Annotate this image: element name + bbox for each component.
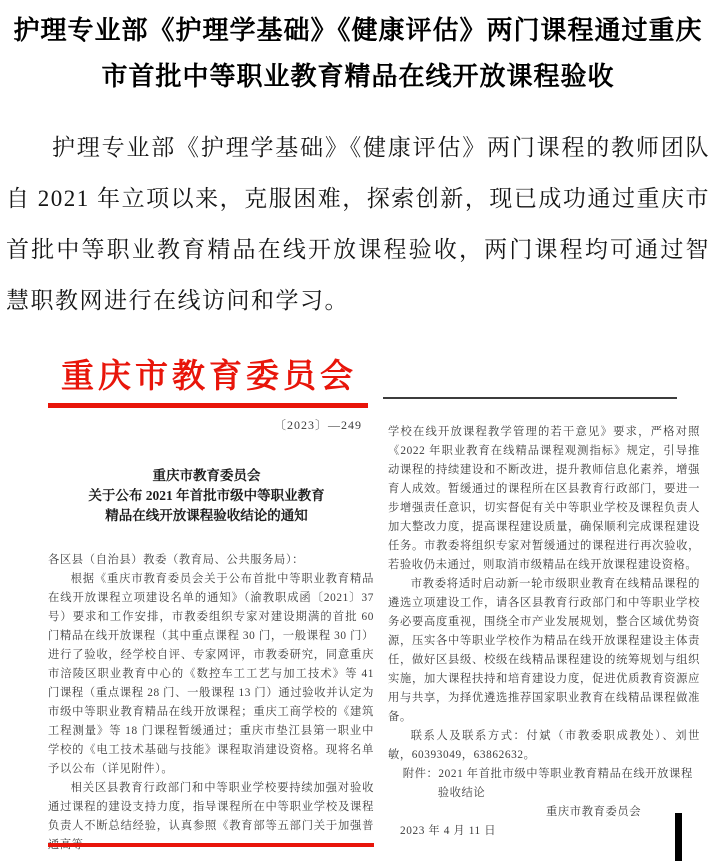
right-page-top-edge-line (383, 397, 677, 399)
right-paragraph-2: 市教委将适时启动新一轮市级职业教育在线精品课程的遴选立项建设工作，请各区县教育行… (388, 575, 700, 727)
left-paragraph-1: 根据《重庆市教育委员会关于公布首批中等职业教育精品在线开放课程立项建设名单的通知… (48, 570, 374, 779)
scan-edge-artifact-bar (675, 813, 682, 861)
attachment-line: 附件：2021 年首批市级中等职业教育精品在线开放课程验收结论 (388, 765, 700, 803)
notice-title: 重庆市教育委员会 关于公布 2021 年首批市级中等职业教育 精品在线开放课程验… (40, 466, 373, 526)
letterhead-red-rule (48, 403, 368, 408)
left-column: 各区县（自治县）教委（教育局、公共服务局）： 根据《重庆市教育委员会关于公布首批… (48, 551, 374, 855)
right-paragraph-1: 学校在线开放课程教学管理的若干意见》要求，严格对照《2022 年职业教育在线精品… (388, 423, 700, 575)
contact-line: 联系人及联系方式：付斌（市教委职成教处）、刘世敏，60393049，638626… (388, 727, 700, 765)
issuer-signature: 重庆市教育委员会 (388, 803, 700, 822)
salutation: 各区县（自治县）教委（教育局、公共服务局）： (48, 551, 374, 570)
page-title: 护理专业部《护理学基础》《健康评估》两门课程通过重庆 市首批中等职业教育精品在线… (0, 8, 716, 100)
page-bottom-red-line (48, 843, 374, 847)
letterhead-title: 重庆市教育委员会 (44, 350, 374, 397)
notice-title-line-2: 关于公布 2021 年首批市级中等职业教育 (40, 486, 373, 506)
notice-title-line-1: 重庆市教育委员会 (40, 466, 373, 486)
issue-date: 2023 年 4 月 11 日 (388, 822, 700, 841)
right-column: 学校在线开放课程教学管理的若干意见》要求，严格对照《2022 年职业教育在线精品… (388, 423, 700, 841)
intro-paragraph: 护理专业部《护理学基础》《健康评估》两门课程的教师团队自 2021 年立项以来，… (6, 122, 710, 326)
document-number: 〔2023〕—249 (48, 416, 362, 433)
page-title-line-2: 市首批中等职业教育精品在线开放课程验收 (0, 54, 716, 100)
left-paragraph-2: 相关区县教育行政部门和中等职业学校要持续加强对验收通过课程的建设支持力度，指导课… (48, 779, 374, 855)
page-title-line-1: 护理专业部《护理学基础》《健康评估》两门课程通过重庆 (0, 8, 716, 54)
notice-title-line-3: 精品在线开放课程验收结论的通知 (40, 506, 373, 526)
